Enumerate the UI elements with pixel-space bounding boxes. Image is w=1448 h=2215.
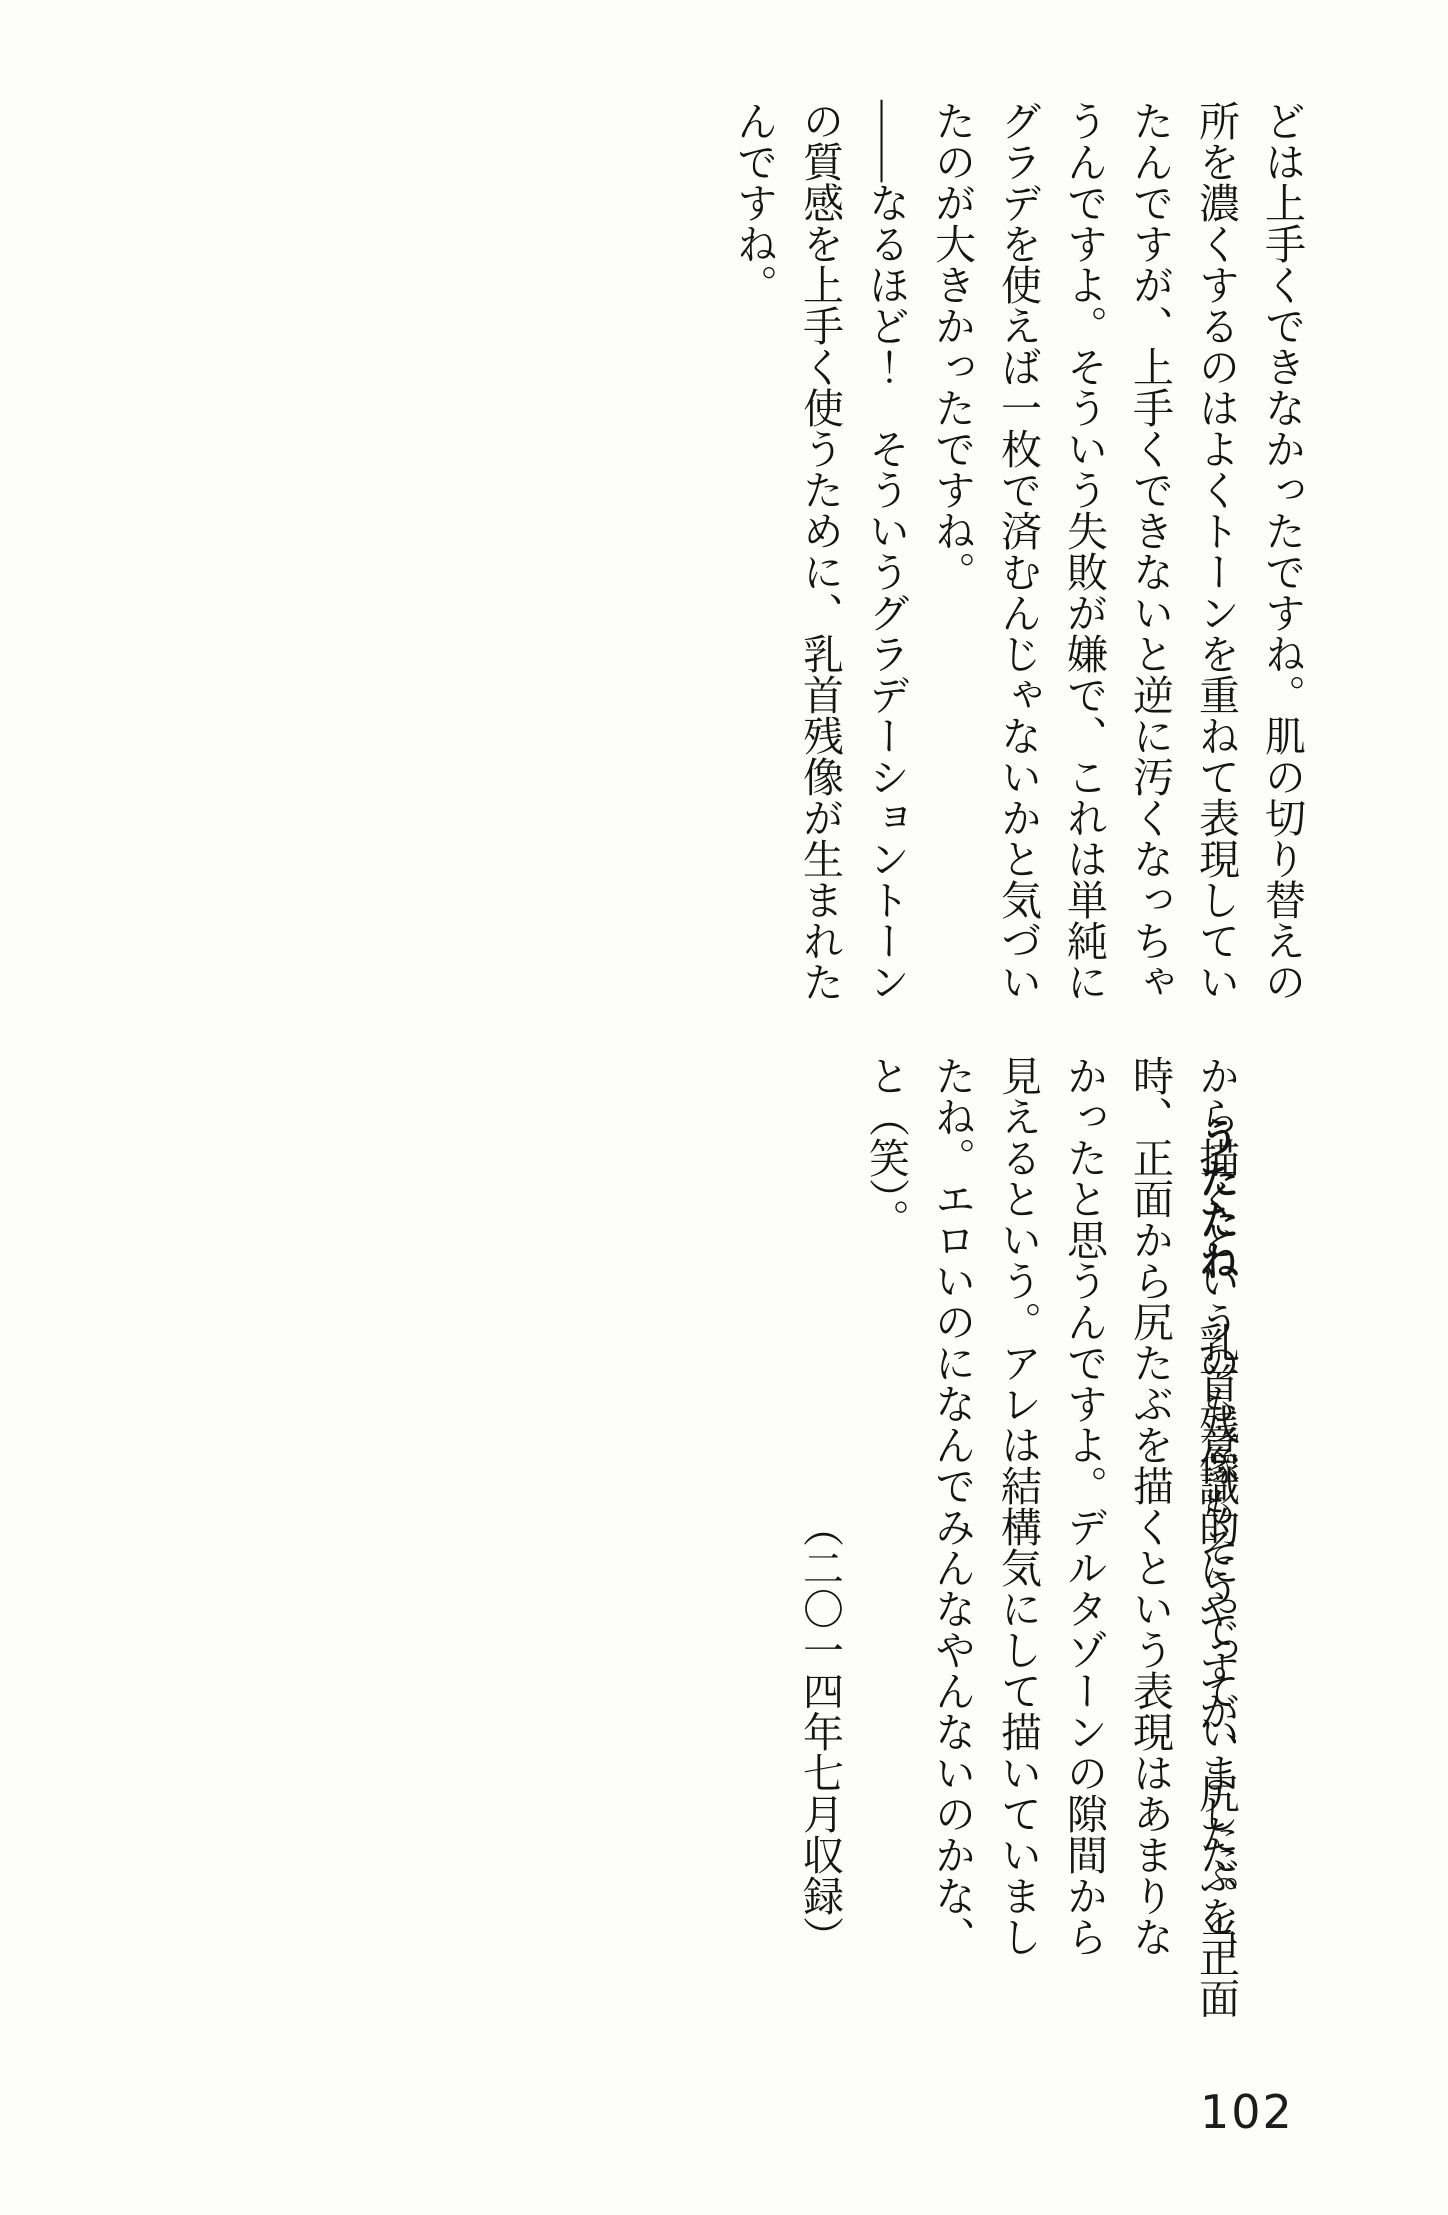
text-column: かったと思うんですよ。デルタゾーンの隙間から bbox=[1051, 1055, 1117, 1957]
text-column: どは上手くできなかったですね。肌の切り替えの bbox=[1249, 100, 1315, 1002]
text-column: たね。エロいのになんでみんなやんないのかな、 bbox=[919, 1055, 985, 1957]
text-column: たんですが、上手くできないと逆に汚くなっちゃ bbox=[1117, 100, 1183, 1002]
text-column: の質感を上手く使うために、乳首残像が生まれた bbox=[787, 100, 853, 1002]
book-page: どは上手くできなかったですね。肌の切り替えの 所を濃くするのはよくトーンを重ねて… bbox=[0, 0, 1448, 2215]
text-column: グラデを使えば一枚で済むんじゃないかと気づい bbox=[985, 100, 1051, 1002]
text-column: うたたね 乳首残像もそうですが、尻たぶを正面 bbox=[1249, 1055, 1315, 1957]
speaker-line-text: 乳首残像もそうですが、尻たぶを正面 bbox=[1193, 1281, 1239, 2019]
speaker-name: うたたね bbox=[1193, 1117, 1239, 1281]
page-number: 102 bbox=[1200, 2085, 1294, 2139]
text-column: 所を濃くするのはよくトーンを重ねて表現してい bbox=[1183, 100, 1249, 1002]
text-column: ――なるほど！ そういうグラデーショントーン bbox=[853, 100, 919, 1002]
text-column: たのが大きかったですね。 bbox=[919, 100, 985, 1002]
text-column: うんですよ。そういう失敗が嫌で、これは単純に bbox=[1051, 100, 1117, 1002]
text-column: 見えるという。アレは結構気にして描いていまし bbox=[985, 1055, 1051, 1957]
recording-date-credit: （二〇一四年七月収録） bbox=[787, 1055, 853, 1957]
upper-text-block: どは上手くできなかったですね。肌の切り替えの 所を濃くするのはよくトーンを重ねて… bbox=[721, 100, 1315, 1002]
text-column: 時、正面から尻たぶを描くという表現はあまりな bbox=[1117, 1055, 1183, 1957]
lower-text-block: うたたね 乳首残像もそうですが、尻たぶを正面 から描くというのも意識的にやってい… bbox=[787, 1055, 1315, 1957]
text-column: と（笑）。 bbox=[853, 1055, 919, 1957]
text-column: んですね。 bbox=[721, 100, 787, 1002]
